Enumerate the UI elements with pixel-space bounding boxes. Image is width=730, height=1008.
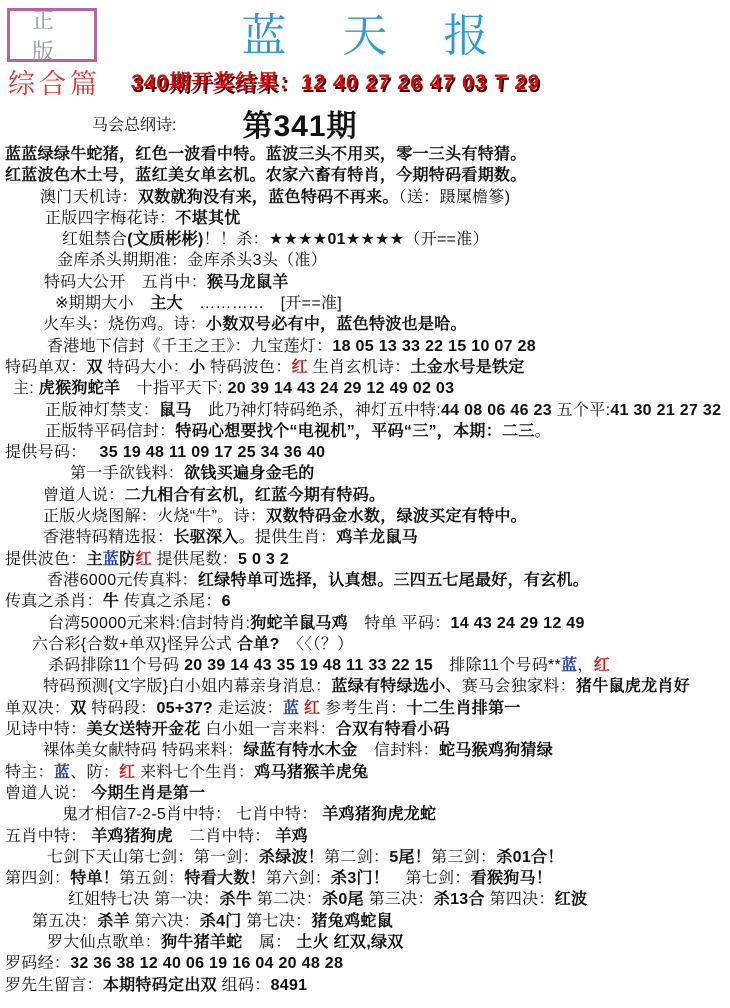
body-line: 香港6000元传真料：红绿特单可选择，认真想。三四五七尾最好，有玄机。: [5, 570, 730, 591]
issue-heading: 马会总纲诗: 第341期: [0, 104, 730, 142]
text-segment: 主: [87, 551, 103, 568]
text-segment: 二三: [502, 423, 535, 440]
text-segment: 此乃神灯特码绝杀，神灯五中特:: [192, 402, 441, 419]
text-segment: ★★★★01★★★★: [269, 231, 405, 248]
text-segment: 绿蓝有特水木金: [243, 742, 357, 759]
body-line: 裸体美女献特码 特码来料：绿蓝有特水木金 信封料：蛇马猴鸡狗猜绿: [5, 740, 730, 761]
text-segment: （开==准）: [404, 231, 489, 248]
text-segment: 红姐禁合: [62, 231, 127, 248]
subheader: 综合篇 340期开奖结果：12 40 27 26 47 03 T 29: [0, 64, 730, 98]
text-segment: 十二生肖排第一: [407, 700, 521, 717]
body-line: 提供号码： 35 19 48 11 09 17 25 34 36 40: [5, 442, 730, 463]
text-segment: 小: [189, 359, 205, 376]
text-segment: 羊鸡猪狗虎: [91, 828, 173, 845]
text-segment: 6: [222, 593, 231, 610]
text-segment: 第三决：: [364, 891, 434, 908]
edition-badge: 正版: [7, 8, 97, 62]
text-segment: 猴马龙鼠羊: [207, 274, 289, 291]
text-segment: 蓝: [103, 551, 119, 568]
text-segment: 提供号码：: [5, 444, 100, 461]
body-line: 特主：蓝、防：红 来料七个生肖：鸡马猪猴羊虎兔: [5, 762, 730, 783]
text-segment: 十指平天下:: [120, 380, 227, 397]
body-line: 香港地下信封《千王之王》：九宝莲灯：18 05 13 33 22 15 10 0…: [5, 336, 730, 357]
text-segment: 第三剑：: [431, 849, 496, 866]
text-segment: 香港6000元传真料：: [47, 572, 198, 589]
text-segment: 第一手欲钱料：: [70, 465, 184, 482]
body-line: 正版四字梅花诗：不堪其忧: [5, 208, 730, 229]
text-segment: 特看大数！: [184, 870, 266, 887]
text-segment: 正版特平码信封：: [45, 423, 175, 440]
text-segment: 提供尾数：: [152, 551, 238, 568]
text-segment: 红: [594, 657, 610, 674]
text-segment: 属：: [243, 934, 297, 951]
issue-number: 第341期: [242, 101, 357, 145]
text-segment: 不堪其忧: [175, 210, 240, 227]
text-segment: 8491: [271, 977, 308, 994]
body-line: 罗大仙点歌单：狗牛猪羊蛇 属： 土火 红双,绿双: [5, 932, 730, 953]
text-segment: ………… [开==准]: [183, 295, 342, 312]
newspaper-page: 正版 蓝天报 综合篇 340期开奖结果：12 40 27 26 47 03 T …: [0, 0, 730, 1008]
body-line: 见诗中特：美女送特开金花 白小姐一言来料：合双有特看小码: [5, 719, 730, 740]
body-line: 六合彩{合数+单双}怪异公式 合单? 〈〈（？）: [5, 634, 730, 655]
text-segment: 正版神灯禁支：: [45, 402, 159, 419]
body-line: 曾道人说：二九相合有玄机，红蓝今期有特码。: [5, 485, 730, 506]
text-segment: 鸡羊龙鼠马: [336, 529, 418, 546]
text-segment: 羊鸡: [275, 828, 308, 845]
text-segment: 双数就狗没有来，蓝色特码不再来。: [138, 189, 399, 206]
text-segment: 见诗中特：: [5, 721, 87, 738]
body-line: 红姐特七决 第一决：杀牛 第二决：杀0尾 第三决：杀13合 第四决：红波: [5, 889, 730, 910]
text-segment: 44 08 06 46 23: [441, 402, 552, 419]
body-line: 正版神灯禁支：鼠马 此乃神灯特码绝杀，神灯五中特:44 08 06 46 23 …: [5, 400, 730, 421]
text-segment: 五个平:: [552, 402, 610, 419]
text-segment: 双数特码金水数，绿波买定有特中。: [266, 508, 527, 525]
text-segment: 第六剑：: [266, 870, 331, 887]
text-segment: 虎猴狗蛇羊: [39, 380, 121, 397]
text-segment: 。: [535, 423, 551, 440]
body-line: 金库杀头期期准：金库杀头3头（准）: [5, 250, 730, 271]
text-segment: 特码大小：: [103, 359, 189, 376]
text-segment: 红: [304, 700, 320, 717]
text-segment: 红: [119, 764, 135, 781]
text-segment: 看猴狗马！: [471, 870, 553, 887]
text-segment: 双: [70, 700, 86, 717]
text-segment: 蓝: [283, 700, 299, 717]
text-segment: 蓝: [54, 764, 70, 781]
text-segment: 香港地下信封《千王之王》：九宝莲灯：: [47, 338, 332, 355]
text-segment: 杀3门！: [331, 870, 389, 887]
text-segment: 罗先生留言：: [5, 977, 103, 994]
text-segment: 蓝蓝绿绿牛蛇猪，红色一波看中特。蓝波三头不用买，零一三头有特猜。: [5, 146, 527, 163]
text-segment: 第二决：: [252, 891, 322, 908]
text-segment: 合双有特看小码: [336, 721, 450, 738]
text-segment: 第七剑：: [389, 870, 471, 887]
text-segment: 裸体美女献特码 特码来料：: [43, 742, 243, 759]
text-segment: 35 19 48 11 09 17 25 34 36 40: [100, 444, 326, 461]
text-segment: 杀羊: [97, 913, 130, 930]
text-segment: 、防：: [70, 764, 119, 781]
text-segment: 羊鸡猪狗虎龙蛇: [322, 806, 436, 823]
text-segment: 蛇马猴鸡狗猜绿: [439, 742, 553, 759]
text-segment: 5尾！: [389, 849, 431, 866]
body-lines: 蓝蓝绿绿牛蛇猪，红色一波看中特。蓝波三头不用买，零一三头有特猜。红蓝波色木土号，…: [0, 144, 730, 996]
text-segment: 鸡马猪猴羊虎兔: [254, 764, 368, 781]
text-segment: 土火 红双,绿双: [296, 934, 403, 951]
text-segment: 。提供生肖：: [239, 529, 337, 546]
text-segment: 曾道人说：: [5, 785, 91, 802]
text-segment: 六合彩{合数+单双}怪异公式: [32, 636, 237, 653]
text-segment: 排除11个号码**: [433, 657, 561, 674]
text-segment: 牛: [103, 593, 119, 610]
page-title: 蓝天报: [0, 12, 730, 60]
body-line: 红姐禁合(文质彬彬)！！杀：★★★★01★★★★（开==准）: [5, 229, 730, 250]
body-line: 罗码经：32 36 38 12 40 06 19 16 04 20 48 28: [5, 953, 730, 974]
text-segment: 、赛马会独家料：: [446, 678, 576, 695]
text-segment: 二九相合有玄机，红蓝今期有特码。: [125, 487, 386, 504]
text-segment: 特码心想要找个“电视机”，平码“三”，本期：: [175, 423, 502, 440]
text-segment: 欲钱买遍身金毛的: [184, 465, 314, 482]
text-segment: 信封料：: [357, 742, 439, 759]
text-segment: 14 43 24 29 12 49: [451, 615, 585, 632]
text-segment: 正版四字梅花诗：: [45, 210, 175, 227]
text-segment: 猪兔鸡蛇鼠: [312, 913, 394, 930]
text-segment: 第五决：: [32, 913, 97, 930]
body-line: 单双决：双 特码段：05+37? 走运波：蓝 红 参考生肖：十二生肖排第一: [5, 698, 730, 719]
text-segment: 18 05 13 33 22 15 10 07 28: [332, 338, 536, 355]
text-segment: 第二剑：: [324, 849, 389, 866]
text-segment: 特码单双：: [5, 359, 87, 376]
body-line: 第一手欲钱料：欲钱买遍身金毛的: [5, 463, 730, 484]
text-segment: 杀绿波！: [259, 849, 324, 866]
text-segment: 特单 平码：: [348, 615, 451, 632]
body-line: 正版火烧图解：火烧“牛”。诗：双数特码金水数，绿波买定有特中。: [5, 506, 730, 527]
text-segment: 金库杀头期期准：金库杀头3头（准）: [57, 252, 327, 269]
body-line: 七剑下天山第七剑：第一剑：杀绿波！第二剑：5尾！第三剑：杀01合！: [5, 847, 730, 868]
text-segment: (文质彬彬): [127, 231, 203, 248]
text-segment: 杀01合！: [496, 849, 563, 866]
text-segment: 20 39 14 43 24 29 12 49 02 03: [228, 380, 455, 397]
text-segment: 今期生肖是第一: [91, 785, 205, 802]
text-segment: 鬼才相信7-2-5肖中特： 七肖中特：: [62, 806, 322, 823]
text-segment: 特单！: [70, 870, 119, 887]
edition-badge-label: 正版: [10, 4, 94, 66]
body-line: 澳门天机诗：双数就狗没有来，蓝色特码不再来。（送：蹑屟檐篸): [5, 187, 730, 208]
text-segment: 台湾50000元来料:信封特肖:: [48, 615, 250, 632]
text-segment: 二肖中特：: [173, 828, 276, 845]
text-segment: 双: [87, 359, 103, 376]
text-segment: 主:: [13, 380, 39, 397]
text-segment: 杀4门: [200, 913, 242, 930]
text-segment: 红波: [555, 891, 588, 908]
text-segment: 蓝: [561, 657, 577, 674]
text-segment: 正版火烧图解：火烧“牛”。诗：: [43, 508, 266, 525]
body-line: 正版特平码信封：特码心想要找个“电视机”，平码“三”，本期：二三。: [5, 421, 730, 442]
text-segment: 美女送特开金花: [87, 721, 201, 738]
body-line: 提供波色：主蓝防红 提供尾数：5 0 3 2: [5, 549, 730, 570]
body-line: 罗先生留言：本期特码定出双 组码：8491: [5, 975, 730, 996]
text-segment: 参考生肖：: [320, 700, 406, 717]
text-segment: 杀码排除11个号码: [48, 657, 184, 674]
text-segment: 合单?: [237, 636, 280, 653]
text-segment: 05+37?: [156, 700, 213, 717]
text-segment: ※期期大小: [55, 295, 150, 312]
text-segment: 澳门天机诗：: [40, 189, 138, 206]
text-segment: 第六决：: [130, 913, 200, 930]
text-segment: 特主：: [5, 764, 54, 781]
text-segment: 20 39 14 43 35 19 48 11 33 22 15: [184, 657, 433, 674]
section-label: 综合篇: [8, 62, 101, 101]
text-segment: 红姐特七决 第一决：: [68, 891, 219, 908]
text-segment: 第四剑：: [5, 870, 70, 887]
body-line: 特码单双：双 特码大小：小 特码波色：红 生肖玄机诗：土金水号是铁定: [5, 357, 730, 378]
body-line: 香港特码精选报：长驱深入。提供生肖：鸡羊龙鼠马: [5, 527, 730, 548]
text-segment: 来料七个生肖：: [135, 764, 254, 781]
text-segment: 罗大仙点歌单：: [47, 934, 161, 951]
body-line: 传真之杀肖：牛 传真之杀尾：6: [5, 591, 730, 612]
text-segment: 32 36 38 12 40 06 19 16 04 20 48 28: [70, 955, 343, 972]
text-segment: 传真之杀尾：: [119, 593, 222, 610]
text-segment: 杀0尾: [322, 891, 364, 908]
text-segment: 组码：: [217, 977, 271, 994]
text-segment: 七剑下天山第七剑：第一剑：: [47, 849, 259, 866]
text-segment: 5 0 3 2: [238, 551, 289, 568]
text-segment: 特码预测{文字版}白小姐内幕亲身消息：: [43, 678, 331, 695]
draw-result-text: 340期开奖结果：12 40 27 26 47 03 T 29: [130, 66, 541, 96]
body-line: 曾道人说： 今期生肖是第一: [5, 783, 730, 804]
text-segment: 第四决：: [485, 891, 555, 908]
text-segment: 白小姐一言来料：: [201, 721, 336, 738]
body-line: 五肖中特： 羊鸡猪狗虎 二肖中特： 羊鸡: [5, 826, 730, 847]
text-segment: 鼠马: [159, 402, 192, 419]
text-segment: 香港特码精选报：: [43, 529, 173, 546]
text-segment: 小数双号必有中，蓝色特波也是哈。: [206, 316, 467, 333]
text-segment: 特码波色：: [205, 359, 291, 376]
text-segment: 杀13合: [434, 891, 485, 908]
text-segment: 狗蛇羊鼠马鸡: [250, 615, 348, 632]
body-line: 杀码排除11个号码 20 39 14 43 35 19 48 11 33 22 …: [5, 655, 730, 676]
text-segment: 红: [135, 551, 151, 568]
text-segment: 红绿特单可选择，认真想。三四五七尾最好，有玄机。: [198, 572, 589, 589]
body-line: 第四剑：特单！第五剑：特看大数！第六剑：杀3门！ 第七剑：看猴狗马！: [5, 868, 730, 889]
text-segment: 特码大公开 五肖中：: [44, 274, 207, 291]
text-segment: 红: [292, 359, 308, 376]
text-segment: 五肖中特：: [5, 828, 91, 845]
text-segment: 火车头：烧伤鸡。诗：: [43, 316, 206, 333]
text-segment: 主大: [150, 295, 183, 312]
text-segment: 土金水号是铁定: [411, 359, 525, 376]
text-segment: 第五剑：: [119, 870, 184, 887]
text-segment: 狗牛猪羊蛇: [161, 934, 243, 951]
text-segment: ，: [577, 657, 593, 674]
issue-poem-label: 马会总纲诗:: [92, 112, 176, 135]
text-segment: 长驱深入: [173, 529, 238, 546]
text-segment: 防: [119, 551, 135, 568]
text-segment: 〈〈（？）: [280, 636, 354, 653]
body-line: 第五决：杀羊 第六决：杀4门 第七决：猪兔鸡蛇鼠: [5, 911, 730, 932]
body-line: 特码大公开 五肖中：猴马龙鼠羊: [5, 272, 730, 293]
text-segment: 特码段：: [87, 700, 157, 717]
text-segment: 提供波色：: [5, 551, 87, 568]
body-line: 鬼才相信7-2-5肖中特： 七肖中特： 羊鸡猪狗虎龙蛇: [5, 804, 730, 825]
text-segment: （送：蹑屟檐篸): [399, 189, 511, 206]
text-segment: 本期特码定出双: [103, 977, 217, 994]
text-segment: 杀牛: [219, 891, 252, 908]
body-line: 火车头：烧伤鸡。诗：小数双号必有中，蓝色特波也是哈。: [5, 314, 730, 335]
text-segment: 走运波：: [213, 700, 283, 717]
body-line: ※期期大小 主大 ………… [开==准]: [5, 293, 730, 314]
text-segment: 41 30 21 27 32: [610, 402, 721, 419]
text-segment: 蓝绿有特绿选小: [331, 678, 445, 695]
body-line: 蓝蓝绿绿牛蛇猪，红色一波看中特。蓝波三头不用买，零一三头有特猜。: [5, 144, 730, 165]
text-segment: 猪牛鼠虎龙肖好: [576, 678, 690, 695]
text-segment: ！！杀：: [204, 231, 269, 248]
body-line: 台湾50000元来料:信封特肖:狗蛇羊鼠马鸡 特单 平码：14 43 24 29…: [5, 613, 730, 634]
body-line: 特码预测{文字版}白小姐内幕亲身消息：蓝绿有特绿选小、赛马会独家料：猪牛鼠虎龙肖…: [5, 676, 730, 697]
text-segment: 单双决：: [5, 700, 70, 717]
text-segment: 红蓝波色木土号，蓝红美女单玄机。农家六畜有特肖，今期特码看期数。: [5, 167, 527, 184]
text-segment: 传真之杀肖：: [5, 593, 103, 610]
text-segment: 第七决：: [242, 913, 312, 930]
body-line: 主: 虎猴狗蛇羊 十指平天下: 20 39 14 43 24 29 12 49 …: [5, 378, 730, 399]
text-segment: 生肖玄机诗：: [308, 359, 411, 376]
body-line: 红蓝波色木土号，蓝红美女单玄机。农家六畜有特肖，今期特码看期数。: [5, 165, 730, 186]
text-segment: 罗码经：: [5, 955, 70, 972]
text-segment: 曾道人说：: [43, 487, 125, 504]
